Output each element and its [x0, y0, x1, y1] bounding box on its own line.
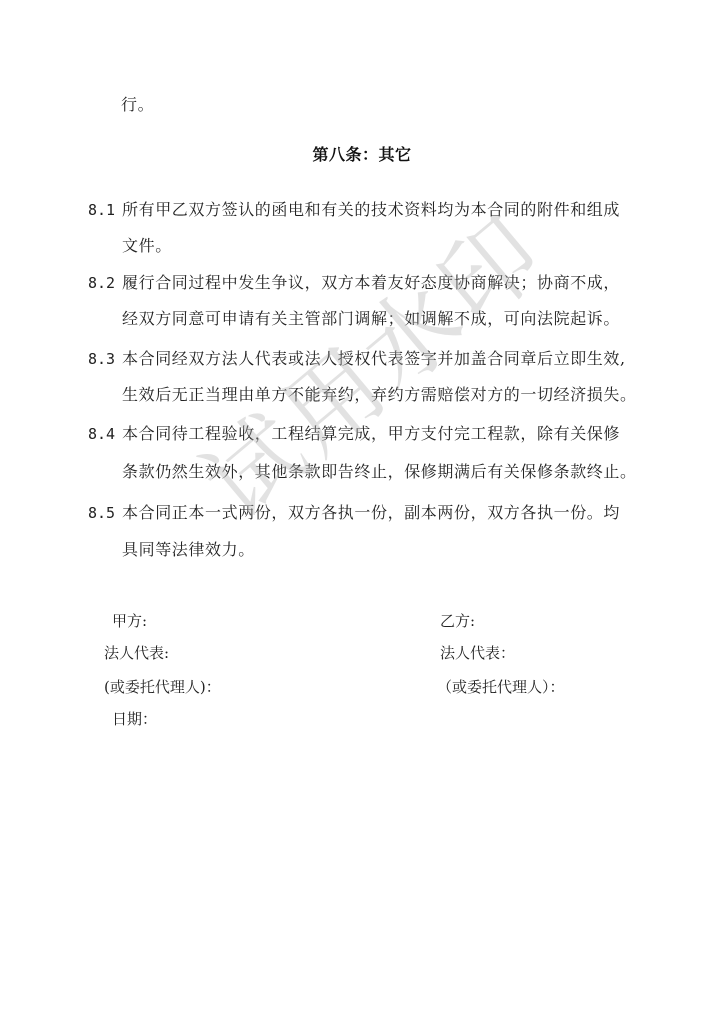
clause-text: 本合同经双方法人代表或法人授权代表签字并加盖合同章后立即生效,	[122, 349, 626, 368]
clause-8-2-line-1: 8.2履行合同过程中发生争议，双方本着友好态度协商解决；协商不成，	[88, 273, 620, 293]
clause-8-3-line-1: 8.3本合同经双方法人代表或法人授权代表签字并加盖合同章后立即生效,	[88, 349, 626, 369]
document-page: 行。 第八条：其它 8.1所有甲乙双方签认的函电和有关的技术资料均为本合同的附件…	[0, 0, 724, 1024]
clause-number: 8.3	[88, 349, 122, 369]
clause-8-1-line-1: 8.1所有甲乙双方签认的函电和有关的技术资料均为本合同的附件和组成	[88, 200, 620, 220]
clause-8-5-line-1: 8.5本合同正本一式两份，双方各执一份，副本两份，双方各执一份。均	[88, 503, 620, 523]
clause-8-4-line-2: 条款仍然生效外，其他条款即告终止，保修期满后有关保修条款终止。	[122, 462, 637, 482]
party-b-label: 乙方:	[440, 611, 475, 631]
clause-8-1-line-2: 文件。	[122, 236, 172, 256]
clause-8-2-line-2: 经双方同意可申请有关主管部门调解；如调解不成，可向法院起诉。	[122, 309, 620, 329]
party-a-label: 甲方:	[112, 611, 147, 631]
clause-8-4-line-1: 8.4本合同待工程验收，工程结算完成，甲方支付完工程款，除有关保修	[88, 424, 620, 444]
party-a-date: 日期：	[112, 709, 157, 729]
party-a-legal-rep: 法人代表:	[104, 643, 169, 663]
clause-text: 所有甲乙双方签认的函电和有关的技术资料均为本合同的附件和组成	[122, 200, 620, 219]
carryover-text: 行。	[121, 95, 154, 115]
clause-number: 8.4	[88, 424, 122, 444]
clause-number: 8.2	[88, 273, 122, 293]
clause-text: 本合同正本一式两份，双方各执一份，副本两份，双方各执一份。均	[122, 503, 620, 522]
clause-text: 本合同待工程验收，工程结算完成，甲方支付完工程款，除有关保修	[122, 424, 620, 443]
section-title: 第八条：其它	[0, 145, 724, 165]
clause-text: 履行合同过程中发生争议，双方本着友好态度协商解决；协商不成，	[122, 273, 620, 292]
clause-number: 8.5	[88, 503, 122, 523]
clause-8-3-line-2: 生效后无正当理由单方不能弃约，弃约方需赔偿对方的一切经济损失。	[122, 385, 637, 405]
party-b-legal-rep: 法人代表：	[440, 643, 515, 663]
party-a-agent: (或委托代理人)：	[104, 677, 221, 697]
clause-8-5-line-2: 具同等法律效力。	[122, 540, 255, 560]
clause-number: 8.1	[88, 200, 122, 220]
party-b-agent: （或委托代理人）：	[437, 677, 565, 697]
